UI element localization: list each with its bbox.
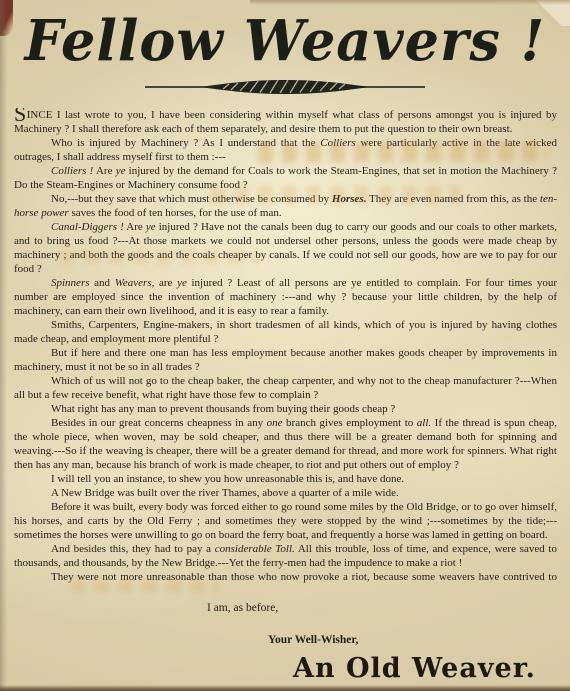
- paragraph: What right has any man to prevent thousa…: [14, 402, 557, 416]
- paragraph: SINCE I last wrote to you, I have been c…: [14, 108, 557, 136]
- paragraph: Before it was built, every body was forc…: [14, 500, 557, 542]
- paragraph: I will tell you an instance, to shew you…: [14, 472, 557, 486]
- signature: An Old Weaver.: [293, 653, 536, 684]
- paragraph: A New Bridge was built over the river Th…: [14, 486, 557, 500]
- document-body: SINCE I last wrote to you, I have been c…: [14, 108, 557, 586]
- decorative-divider-rule: [145, 79, 425, 95]
- closing-salutation: I am, as before,: [207, 602, 278, 614]
- paragraph: Canal-Diggers ! Are ye injured ? Have no…: [14, 220, 557, 276]
- paragraph: Besides in our great concerns cheapness …: [14, 416, 557, 472]
- page-title: Fellow Weavers !: [6, 9, 564, 71]
- ink-bleed-through: [60, 250, 260, 264]
- page-edge-bottom: [0, 685, 570, 691]
- broadside-page: Fellow Weavers ! SINCE I last wrote to y…: [0, 0, 570, 691]
- paragraph: And besides this, they had to pay a cons…: [14, 542, 557, 570]
- page-edge-top: [250, 0, 570, 5]
- ink-bleed-through: [210, 186, 460, 204]
- paragraph: But if here and there one man has less e…: [14, 346, 557, 374]
- closing-well-wisher: Your Well-Wisher,: [268, 634, 358, 646]
- paragraph: Which of us will not go to the cheap bak…: [14, 374, 557, 402]
- paragraph: Smiths, Carpenters, Engine-makers, in sh…: [14, 318, 557, 346]
- ink-bleed-through: [70, 580, 220, 593]
- paragraph: Spinners and Weavers, are ye injured ? L…: [14, 276, 557, 318]
- ink-bleed-through: [258, 141, 548, 163]
- page-edge-left: [0, 0, 7, 691]
